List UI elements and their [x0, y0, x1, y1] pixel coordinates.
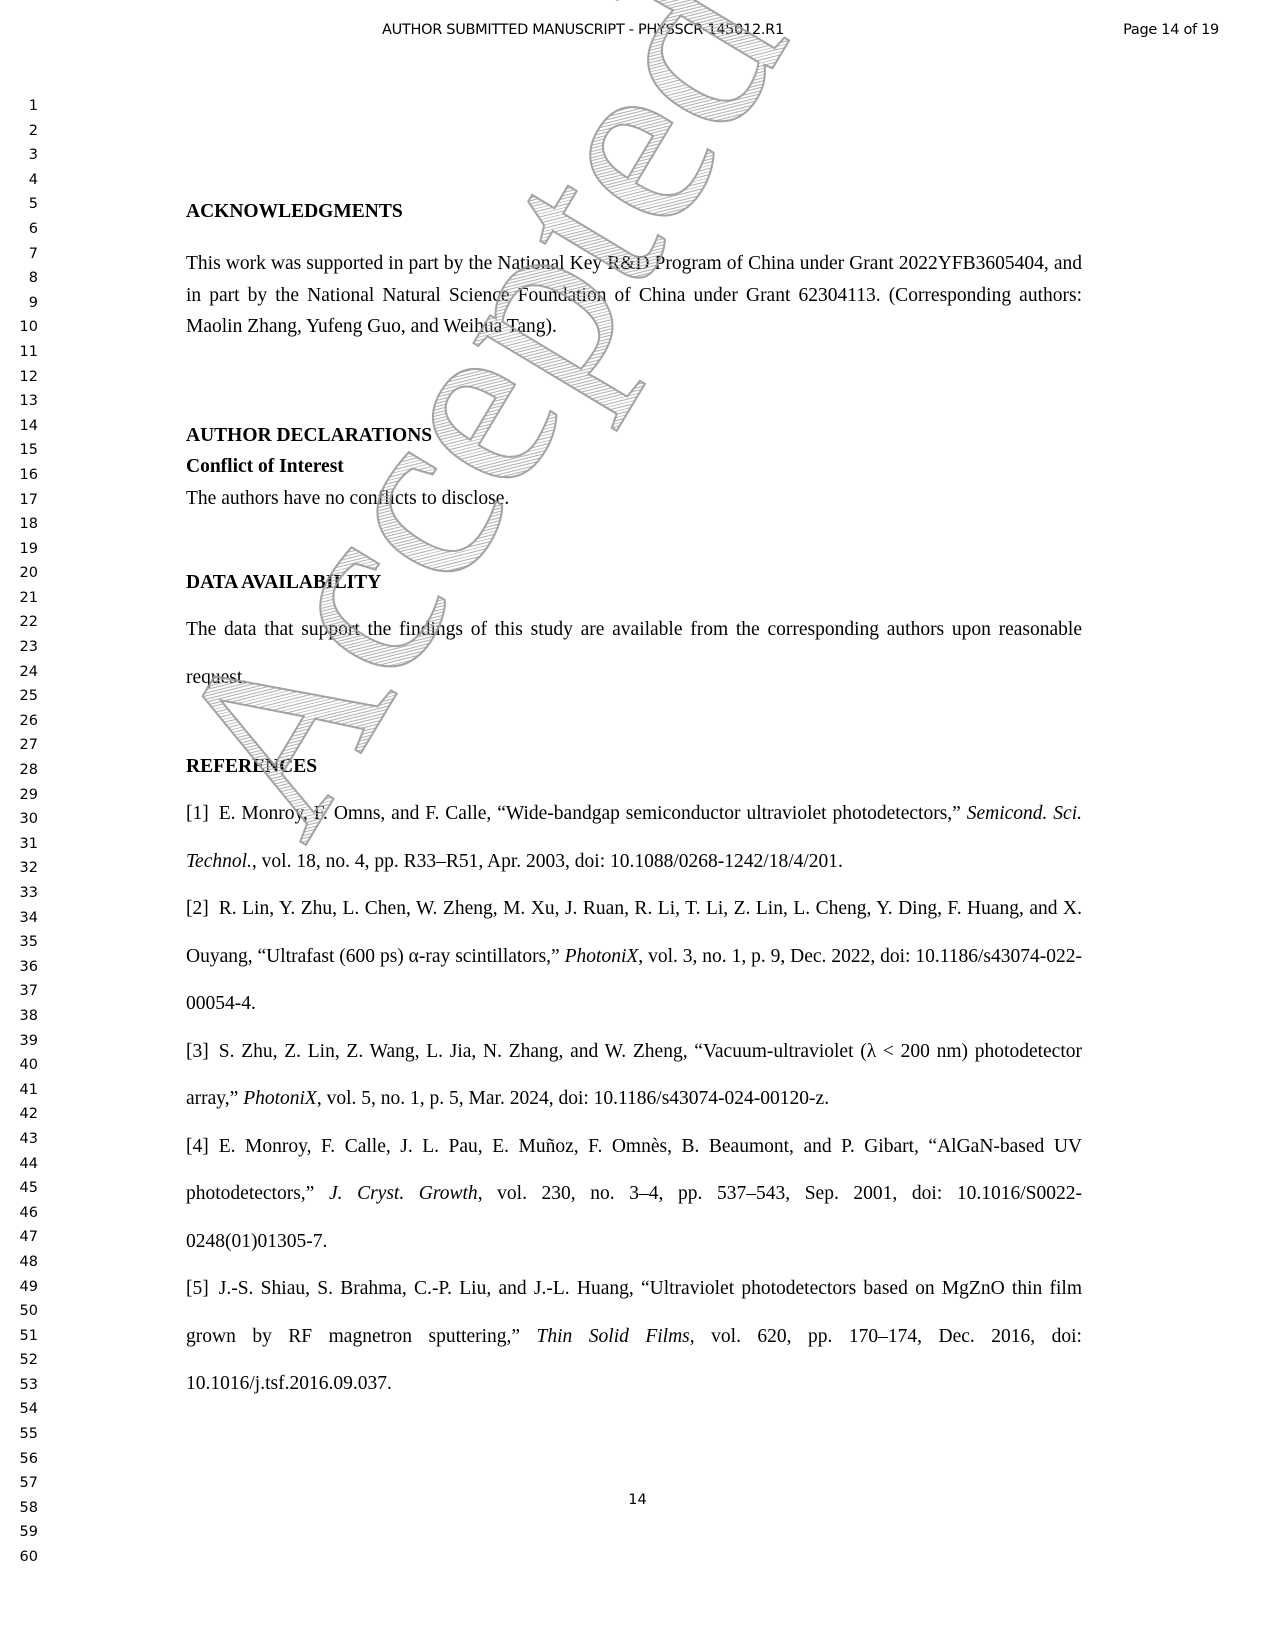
line-number: 51 [0, 1324, 38, 1349]
reference-journal: Thin Solid Films [537, 1326, 690, 1347]
line-number: 22 [0, 610, 38, 635]
line-number: 31 [0, 832, 38, 857]
line-number: 36 [0, 955, 38, 980]
line-number: 28 [0, 758, 38, 783]
reference-number: [2] [186, 898, 209, 919]
line-number: 9 [0, 291, 38, 316]
data-availability-text: The data that support the findings of th… [186, 606, 1082, 702]
line-number: 15 [0, 438, 38, 463]
line-number: 23 [0, 635, 38, 660]
line-number: 6 [0, 217, 38, 242]
line-number: 21 [0, 586, 38, 611]
line-number: 33 [0, 881, 38, 906]
acknowledgments-heading: ACKNOWLEDGMENTS [186, 201, 403, 223]
line-number: 55 [0, 1422, 38, 1447]
reference-journal: PhotoniX [565, 946, 639, 967]
line-number: 5 [0, 192, 38, 217]
line-number: 39 [0, 1029, 38, 1054]
reference-list: [1]E. Monroy, F. Omns, and F. Calle, “Wi… [186, 790, 1082, 1408]
line-number: 35 [0, 930, 38, 955]
line-number: 47 [0, 1225, 38, 1250]
line-number: 8 [0, 266, 38, 291]
line-number: 1 [0, 94, 38, 119]
line-number: 46 [0, 1201, 38, 1226]
line-number: 18 [0, 512, 38, 537]
line-number: 42 [0, 1102, 38, 1127]
line-number: 54 [0, 1397, 38, 1422]
line-number: 43 [0, 1127, 38, 1152]
line-number: 17 [0, 488, 38, 513]
line-number-gutter: 1234567891011121314151617181920212223242… [0, 94, 38, 1570]
line-number: 48 [0, 1250, 38, 1275]
line-number: 2 [0, 119, 38, 144]
line-number: 49 [0, 1275, 38, 1300]
line-number: 41 [0, 1078, 38, 1103]
reference-number: [4] [186, 1136, 209, 1157]
reference-authors-title: E. Monroy, F. Omns, and F. Calle, “Wide-… [219, 803, 967, 824]
line-number: 56 [0, 1447, 38, 1472]
data-availability-heading: DATA AVAILABILITY [186, 572, 381, 594]
page-number: 14 [0, 1492, 1275, 1508]
manuscript-id-header: AUTHOR SUBMITTED MANUSCRIPT - PHYSSCR-14… [382, 22, 784, 38]
line-number: 24 [0, 660, 38, 685]
conflict-of-interest-text: The authors have no conflicts to disclos… [186, 487, 1082, 511]
line-number: 7 [0, 242, 38, 267]
line-number: 53 [0, 1373, 38, 1398]
references-heading: REFERENCES [186, 756, 317, 778]
line-number: 13 [0, 389, 38, 414]
line-number: 25 [0, 684, 38, 709]
conflict-of-interest-subheading: Conflict of Interest [186, 456, 344, 478]
acknowledgments-text: This work was supported in part by the N… [186, 248, 1082, 343]
line-number: 27 [0, 733, 38, 758]
line-number: 34 [0, 906, 38, 931]
line-number: 4 [0, 168, 38, 193]
reference-item: [1]E. Monroy, F. Omns, and F. Calle, “Wi… [186, 790, 1082, 885]
line-number: 10 [0, 315, 38, 340]
line-number: 26 [0, 709, 38, 734]
line-number: 59 [0, 1520, 38, 1545]
author-declarations-heading: AUTHOR DECLARATIONS [186, 425, 432, 447]
line-number: 11 [0, 340, 38, 365]
page-count-label: Page 14 of 19 [1123, 22, 1219, 38]
line-number: 60 [0, 1545, 38, 1570]
reference-number: [5] [186, 1278, 209, 1299]
reference-number: [1] [186, 803, 209, 824]
line-number: 30 [0, 807, 38, 832]
line-number: 3 [0, 143, 38, 168]
line-number: 50 [0, 1299, 38, 1324]
reference-journal: PhotoniX [243, 1088, 317, 1109]
line-number: 16 [0, 463, 38, 488]
reference-item: [2]R. Lin, Y. Zhu, L. Chen, W. Zheng, M.… [186, 885, 1082, 1028]
reference-item: [5]J.-S. Shiau, S. Brahma, C.-P. Liu, an… [186, 1265, 1082, 1408]
line-number: 52 [0, 1348, 38, 1373]
reference-details: , vol. 18, no. 4, pp. R33–R51, Apr. 2003… [252, 851, 843, 872]
reference-item: [3]S. Zhu, Z. Lin, Z. Wang, L. Jia, N. Z… [186, 1028, 1082, 1123]
line-number: 14 [0, 414, 38, 439]
line-number: 29 [0, 783, 38, 808]
reference-details: , vol. 5, no. 1, p. 5, Mar. 2024, doi: 1… [317, 1088, 829, 1109]
line-number: 40 [0, 1053, 38, 1078]
reference-number: [3] [186, 1041, 209, 1062]
line-number: 38 [0, 1004, 38, 1029]
line-number: 32 [0, 856, 38, 881]
line-number: 37 [0, 979, 38, 1004]
line-number: 19 [0, 537, 38, 562]
reference-item: [4]E. Monroy, F. Calle, J. L. Pau, E. Mu… [186, 1123, 1082, 1266]
line-number: 12 [0, 365, 38, 390]
line-number: 44 [0, 1152, 38, 1177]
line-number: 20 [0, 561, 38, 586]
line-number: 45 [0, 1176, 38, 1201]
reference-journal: J. Cryst. Growth [329, 1183, 478, 1204]
